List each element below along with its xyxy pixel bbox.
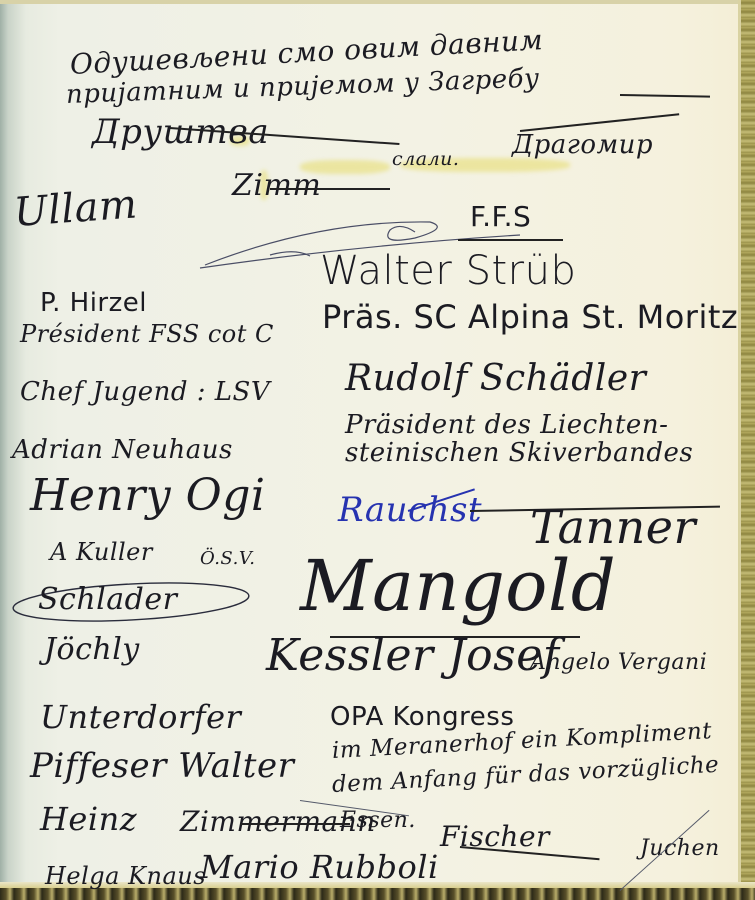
osv-label: Ö.S.V. — [200, 548, 255, 569]
signature: Schlader — [38, 582, 177, 617]
hirzel-name: P. Hirzel — [40, 288, 147, 318]
underline-stroke — [620, 94, 710, 97]
ffs-underline — [458, 239, 563, 241]
signature: Heinz — [40, 800, 137, 838]
opa-line-1: OPA Kongress — [330, 702, 514, 732]
signature: Helga Knaus — [45, 862, 206, 890]
chef-jugend-label: Chef Jugend : LSV — [20, 377, 270, 407]
signature: Mario Rubboli — [200, 848, 439, 886]
signature: Ullam — [12, 181, 138, 236]
page-gilded-right-edge — [741, 0, 755, 900]
signature: Henry Ogi — [30, 470, 265, 521]
page-top-edge — [0, 0, 755, 4]
rudolf-title-1: Präsident des Liechten- — [345, 410, 668, 440]
signature: Jöchly — [44, 632, 140, 667]
signature: Piffeser Walter — [30, 746, 294, 786]
signature: Zimmermann — [180, 805, 376, 838]
rudolf-name: Rudolf Schädler — [345, 358, 646, 399]
hirzel-title: Président FSS cot C — [20, 320, 274, 348]
signature: Juchen — [640, 836, 720, 861]
signature-stroke — [270, 188, 390, 190]
signature: Unterdorfer — [40, 698, 241, 736]
signature-stroke — [520, 113, 679, 131]
signature: Kessler Josef — [266, 630, 560, 681]
large-signature: Mangold — [300, 545, 616, 627]
signature: Fischer — [440, 820, 550, 853]
signature: Adrian Neuhaus — [12, 435, 233, 465]
signature: Драгомир — [512, 130, 653, 160]
signature: слали. — [392, 148, 459, 170]
rudolf-title-2: steinischen Skiverbandes — [345, 438, 693, 468]
signature: Zimm — [232, 168, 321, 203]
guestbook-page: Одушевљени смо овим давним пријатним и п… — [0, 0, 755, 900]
signature-stroke — [240, 823, 350, 825]
ffs-label: F.F.S — [470, 200, 531, 233]
walter-title: Präs. SC Alpina St. Moritz — [322, 298, 738, 336]
walter-name: Walter Strüb — [320, 248, 576, 294]
signature: Angelo Vergani — [530, 650, 707, 675]
signature: A Kuller — [50, 538, 153, 566]
